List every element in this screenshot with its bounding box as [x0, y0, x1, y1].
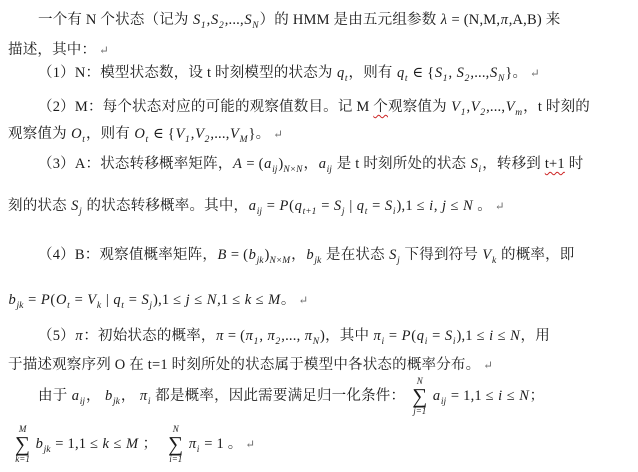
- text-run: 观察值为: [388, 99, 451, 115]
- math-operator: ,...,: [210, 126, 229, 142]
- math-variable: q: [416, 328, 424, 344]
- math-variable: V: [230, 126, 240, 142]
- math-variable: a: [432, 388, 440, 404]
- paragraph-mark: ↵: [299, 295, 309, 307]
- math-subscript: N×N: [283, 165, 303, 175]
- math-subscript: jk: [314, 256, 322, 266]
- text-run: ，其中: [325, 328, 373, 344]
- math-variable: a: [264, 156, 272, 172]
- math-variable: S: [333, 198, 341, 214]
- summation-symbol: N∑j=1: [412, 377, 427, 417]
- math-operator: =: [368, 198, 384, 214]
- math-operator: ,...,: [470, 65, 489, 81]
- math-variable: π: [139, 388, 147, 404]
- text-run: ，用: [521, 328, 550, 344]
- text-run: （4）B：观察值概率矩阵，: [38, 247, 217, 263]
- text-line: 观察值为 Ot，则有 Ot ∈ {V1,V2,...,VM}。↵: [8, 124, 283, 147]
- math-operator: ≤: [190, 292, 206, 308]
- summation-symbol: N∑i=1: [168, 425, 183, 465]
- math-variable: S: [192, 12, 200, 28]
- math-operator: =: [428, 328, 444, 344]
- math-operator: ≤: [447, 198, 463, 214]
- spellcheck-flagged-text: 个: [373, 99, 388, 115]
- paragraph-mark: ↵: [530, 68, 540, 80]
- sum-lower-limit: j=1: [413, 407, 426, 417]
- sigma-glyph: ∑: [412, 387, 427, 407]
- math-operator: = (: [227, 247, 248, 263]
- text-run: ，: [86, 388, 105, 404]
- text-run: 。: [473, 198, 492, 214]
- text-line: （5）π：初始状态的概率，π = (π1, π2,..., πN)，其中 πi …: [38, 326, 550, 349]
- math-operator: ∈ {: [149, 126, 175, 142]
- math-subscript: m: [515, 108, 523, 118]
- math-variable: q: [113, 292, 121, 308]
- math-operator: =: [24, 292, 40, 308]
- math-operator: ),1 ≤: [153, 292, 185, 308]
- text-run: ，: [304, 156, 319, 172]
- paragraph-mark: ↵: [99, 45, 109, 57]
- text-run: （3）A：状态转移概率矩阵，: [38, 156, 233, 172]
- math-operator: = (: [224, 328, 245, 344]
- math-operator: }: [249, 126, 256, 142]
- text-run: ，: [291, 247, 306, 263]
- math-variable: b: [248, 247, 256, 263]
- math-operator: = 1: [200, 436, 223, 452]
- text-run: 。: [281, 292, 296, 308]
- text-run: ）的 HMM 是由五元组参数: [260, 12, 441, 28]
- math-operator: ,: [434, 198, 442, 214]
- text-run: 都是概率，因此需要满足归一化条件：: [151, 388, 405, 404]
- math-variable: q: [356, 198, 364, 214]
- math-variable: O: [71, 126, 83, 142]
- math-variable: π: [267, 328, 275, 344]
- math-operator: |: [102, 292, 113, 308]
- math-variable: q: [294, 198, 302, 214]
- text-run: 来: [542, 12, 561, 28]
- math-variable: P: [40, 292, 50, 308]
- text-run: 是 t 时刻所处的状态: [333, 156, 470, 172]
- math-operator: ≤: [494, 328, 510, 344]
- sum-lower-limit: k=1: [15, 455, 30, 465]
- math-variable: S: [490, 65, 498, 81]
- math-operator: ): [264, 247, 269, 263]
- math-variable: O: [55, 292, 67, 308]
- text-run: ，则有: [86, 126, 134, 142]
- text-line: （1）N：模型状态数，设 t 时刻模型的状态为 qt，则有 qt ∈ {S1, …: [38, 63, 540, 86]
- text-run: 。: [512, 65, 527, 81]
- math-variable: k: [102, 436, 110, 452]
- text-line: （2）M：每个状态对应的可能的观察值数目。记 M 个观察值为 V1,V2,...…: [38, 97, 590, 120]
- math-variable: N: [206, 292, 217, 308]
- math-operator: =: [317, 198, 333, 214]
- math-operator: |: [346, 198, 357, 214]
- math-variable: b: [35, 436, 43, 452]
- math-variable: S: [384, 198, 392, 214]
- text-run: ；: [530, 388, 545, 404]
- math-operator: ,A,B): [509, 12, 542, 28]
- math-variable: V: [451, 99, 461, 115]
- math-variable: a: [71, 388, 79, 404]
- math-variable: π: [216, 328, 224, 344]
- math-variable: a: [248, 198, 256, 214]
- math-variable: λ: [440, 12, 447, 28]
- text-run: ；: [139, 436, 161, 452]
- text-run: 时: [565, 156, 584, 172]
- math-variable: V: [482, 247, 492, 263]
- math-variable: k: [244, 292, 252, 308]
- math-variable: q: [396, 65, 404, 81]
- text-line: （3）A：状态转移概率矩阵，A = (aij)N×N，aij 是 t 时刻所处的…: [38, 154, 583, 177]
- paragraph-mark: ↵: [483, 360, 493, 372]
- math-variable: S: [434, 65, 442, 81]
- text-line: 由于 aij， bjk， πi 都是概率，因此需要满足归一化条件：N∑j=1ai…: [38, 377, 544, 417]
- math-operator: = 1,1 ≤: [447, 388, 498, 404]
- math-operator: ∈ {: [409, 65, 435, 81]
- text-run: 下得到符号: [401, 247, 482, 263]
- math-variable: V: [195, 126, 205, 142]
- text-line: 刻的状态 Sj 的状态转移概率。其中，aij = P(qt+1 = Sj | q…: [8, 196, 505, 219]
- math-variable: P: [401, 328, 411, 344]
- math-variable: S: [456, 65, 464, 81]
- math-operator: ),1 ≤: [456, 328, 488, 344]
- math-variable: V: [505, 99, 515, 115]
- math-variable: π: [245, 328, 253, 344]
- math-subscript: N×M: [270, 256, 292, 266]
- math-variable: π: [188, 436, 196, 452]
- math-operator: ≤: [110, 436, 126, 452]
- text-run: 。: [224, 436, 243, 452]
- text-line: bjk = P(Ot = Vk | qt = Sj),1 ≤ j ≤ N,1 ≤…: [8, 290, 308, 313]
- math-variable: M: [126, 436, 139, 452]
- math-operator: ≤: [252, 292, 268, 308]
- math-operator: ,: [259, 328, 267, 344]
- math-operator: ≤: [503, 388, 519, 404]
- math-subscript: t+1: [303, 207, 318, 217]
- document-page: 一个有 N 个状态（记为 S1,S2,...,SN）的 HMM 是由五元组参数 …: [0, 0, 638, 472]
- math-variable: b: [105, 388, 113, 404]
- math-variable: N: [463, 198, 474, 214]
- text-run: 一个有 N 个状态（记为: [38, 12, 192, 28]
- text-line: M∑k=1bjk = 1,1 ≤ k ≤ M ； N∑i=1πi = 1 。↵: [8, 425, 255, 465]
- math-subscript: N: [252, 21, 259, 31]
- paragraph-mark: ↵: [273, 129, 283, 141]
- text-line: 描述，其中：↵: [8, 40, 109, 60]
- math-operator: =: [385, 328, 401, 344]
- math-variable: S: [244, 12, 252, 28]
- math-variable: q: [336, 65, 344, 81]
- text-run: 由于: [38, 388, 71, 404]
- text-run: ，则有: [349, 65, 397, 81]
- text-run: 。: [256, 126, 271, 142]
- math-variable: B: [217, 247, 227, 263]
- math-operator: =: [263, 198, 279, 214]
- math-variable: P: [279, 198, 289, 214]
- text-line: （4）B：观察值概率矩阵，B = (bjk)N×M，bjk 是在状态 Sj 下得…: [38, 245, 575, 268]
- text-run: 刻的状态: [8, 198, 71, 214]
- text-run: 的概率，即: [497, 247, 574, 263]
- text-line: 于描述观察序列 O 在 t=1 时刻所处的状态属于模型中各状态的概率分布。↵: [8, 355, 493, 375]
- math-operator: ,...,: [225, 12, 244, 28]
- math-operator: ,...,: [486, 99, 505, 115]
- sigma-glyph: ∑: [15, 435, 30, 455]
- math-operator: =: [71, 292, 87, 308]
- math-variable: π: [500, 12, 508, 28]
- math-variable: S: [444, 328, 452, 344]
- paragraph-mark: ↵: [495, 201, 505, 213]
- math-operator: ,...,: [281, 328, 304, 344]
- math-variable: M: [268, 292, 281, 308]
- math-operator: ),1 ≤: [396, 198, 428, 214]
- math-variable: S: [389, 247, 397, 263]
- math-variable: π: [304, 328, 312, 344]
- text-run: ，t 时刻的: [523, 99, 590, 115]
- text-run: （2）M：每个状态对应的可能的观察值数目。记 M: [38, 99, 373, 115]
- math-operator: = (: [243, 156, 264, 172]
- text-run: ，转移到: [482, 156, 545, 172]
- math-operator: ,: [191, 126, 195, 142]
- math-variable: V: [175, 126, 185, 142]
- sigma-glyph: ∑: [168, 435, 183, 455]
- math-operator: = (N,M,: [448, 12, 500, 28]
- math-operator: = 1,1 ≤: [51, 436, 102, 452]
- text-run: 描述，其中：: [8, 42, 96, 58]
- text-run: （1）N：模型状态数，设 t 时刻模型的状态为: [38, 65, 336, 81]
- math-operator: ,1 ≤: [217, 292, 244, 308]
- text-run: 的状态转移概率。其中，: [83, 198, 249, 214]
- text-run: （5）: [38, 328, 75, 344]
- paragraph-mark: ↵: [245, 439, 255, 451]
- math-variable: N: [510, 328, 521, 344]
- math-variable: V: [87, 292, 97, 308]
- summation-symbol: M∑k=1: [15, 425, 30, 465]
- text-run: 是在状态: [322, 247, 388, 263]
- math-operator: =: [125, 292, 141, 308]
- math-variable: S: [470, 156, 478, 172]
- math-variable: S: [210, 12, 218, 28]
- sum-lower-limit: i=1: [169, 455, 182, 465]
- text-run: 观察值为: [8, 126, 71, 142]
- spellcheck-flagged-text: t+1: [545, 156, 565, 172]
- math-variable: N: [519, 388, 530, 404]
- math-variable: O: [134, 126, 146, 142]
- text-line: 一个有 N 个状态（记为 S1,S2,...,SN）的 HMM 是由五元组参数 …: [38, 10, 560, 33]
- text-run: ：初始状态的概率，: [83, 328, 215, 344]
- math-subscript: N: [313, 337, 320, 347]
- text-run: 于描述观察序列 O 在 t=1 时刻所处的状态属于模型中各状态的概率分布。: [8, 357, 480, 373]
- math-subscript: jk: [113, 397, 121, 407]
- text-run: ，: [121, 388, 140, 404]
- math-variable: V: [470, 99, 480, 115]
- math-subscript: M: [240, 135, 249, 145]
- math-variable: S: [71, 198, 79, 214]
- math-variable: A: [233, 156, 243, 172]
- math-variable: a: [318, 156, 326, 172]
